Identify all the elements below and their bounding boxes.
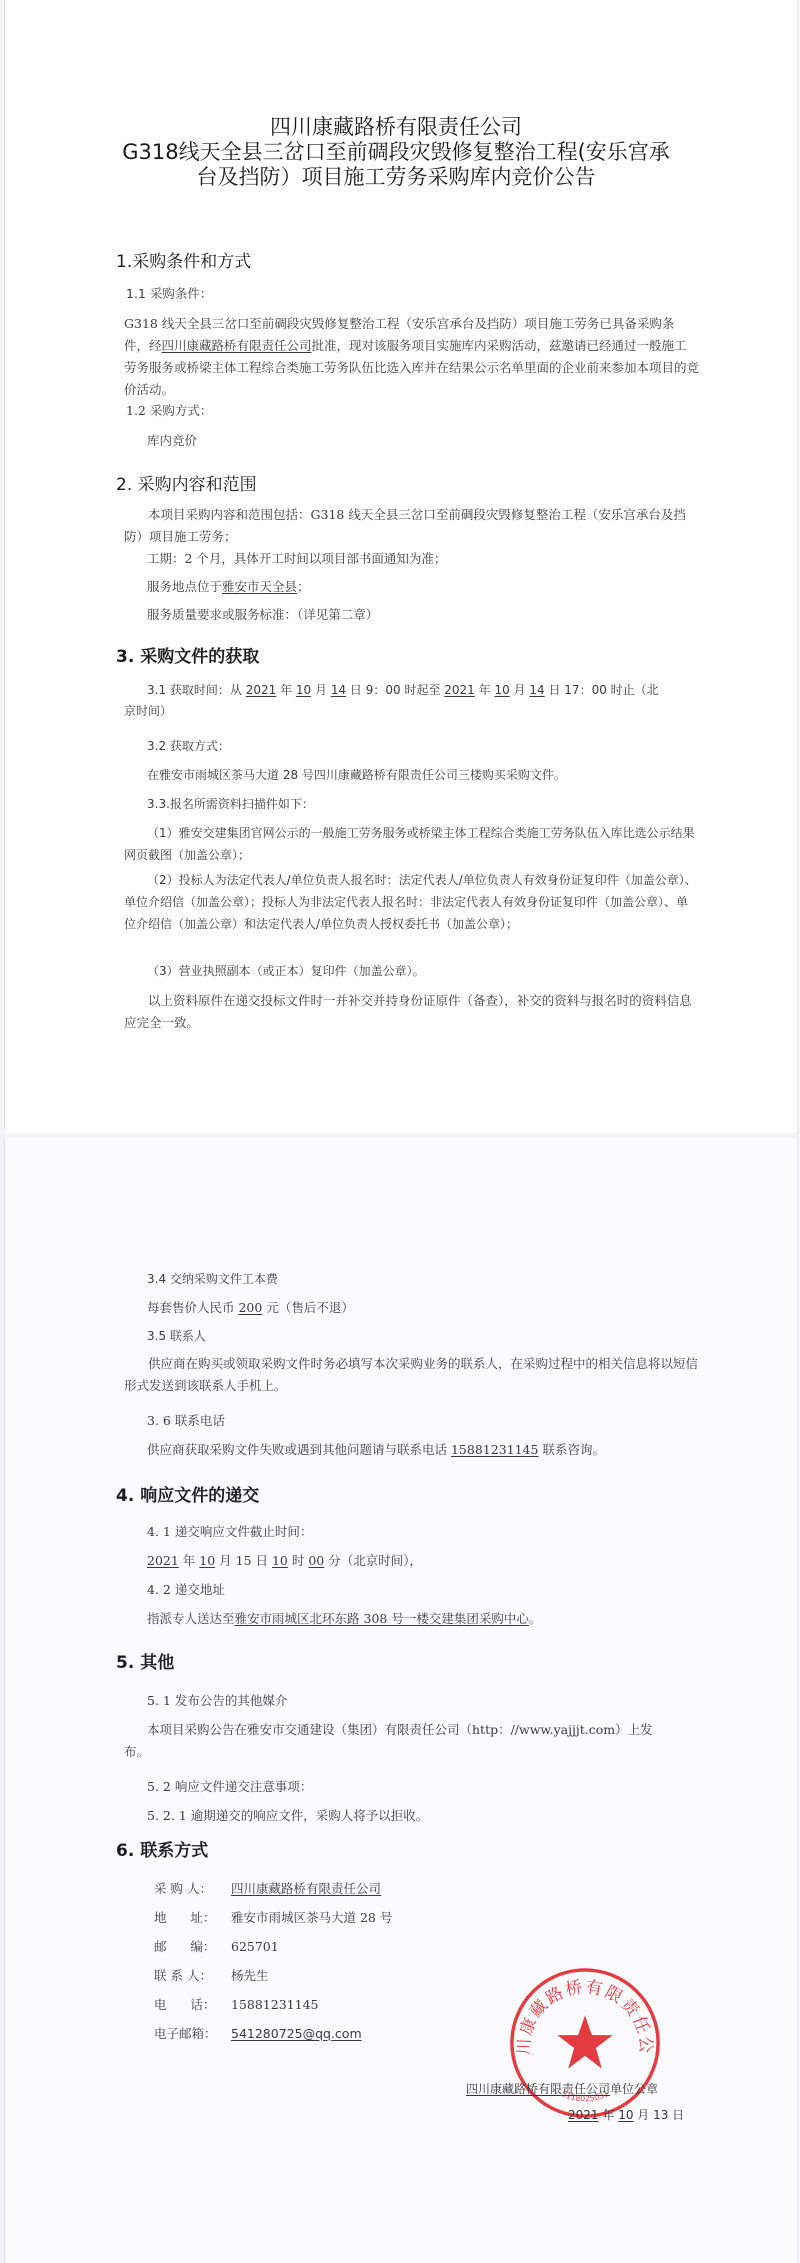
section-1-2-label: 1.2 采购方式：: [126, 400, 212, 422]
contact-purchaser: 采 购 人：四川康藏路桥有限责任公司: [154, 1879, 407, 1897]
section-6-heading: 6. 联系方式: [116, 1836, 208, 1861]
section-4-1-label: 4. 1 递交响应文件截止时间：: [147, 1521, 312, 1543]
section-1-heading: 1.采购条件和方式: [116, 247, 251, 272]
section-3-3-label: 3.3.报名所需资料扫描件如下：: [147, 793, 314, 815]
document-fee: 每套售价人民币 200 元（售后不退）: [147, 1297, 354, 1319]
submission-deadline: 2021 年 10 月 15 日 10 时 00 分（北京时间），: [147, 1550, 422, 1572]
notice-title-line2: 台及挡防）项目施工劳务采购库内竞价公告: [0, 164, 792, 190]
contact-phone-note: 供应商获取采购文件失败或遇到其他问题请与联系电话 15881231145 联系咨…: [147, 1439, 605, 1461]
section-1-1-text: G318 线天全县三岔口至前碉段灾毁修复整治工程（安乐宫承台及挡防）项目施工劳务…: [124, 313, 699, 401]
service-quality: 服务质量要求或服务标准：（详见第二章）: [147, 604, 378, 626]
construction-period: 工期：2 个月，具体开工时间以项目部书面通知为准；: [147, 548, 446, 570]
contact-address: 地 址：雅安市雨城区茶马大道 28 号: [154, 1908, 392, 1926]
submission-address: 指派专人送达至雅安市雨城区北环东路 308 号一楼交建集团采购中心。: [147, 1608, 541, 1630]
section-5-2-label: 5. 2 响应文件递交注意事项：: [147, 1776, 312, 1798]
section-3-6-label: 3. 6 联系电话: [147, 1410, 225, 1432]
contact-person-note: 供应商在购买或领取采购文件时务必填写本次采购业务的联系人，在采购过程中的相关信息…: [124, 1353, 699, 1397]
official-seal-stamp-icon: 四川康藏路桥有限责任公司 5118025031: [506, 1964, 664, 2122]
contact-postcode: 邮 编：625701: [154, 1937, 279, 1955]
publication-media-cont: 布。: [124, 1741, 149, 1763]
contact-person: 联 系 人：杨先生: [154, 1966, 269, 1984]
publication-media: 本项目采购公告在雅安市交通建设（集团）有限责任公司（http：//www.yaj…: [147, 1719, 653, 1741]
requirement-item-3: （3）营业执照副本（或正本）复印件（加盖公章）。: [147, 960, 425, 982]
section-3-5-label: 3.5 联系人: [147, 1325, 206, 1347]
requirement-item-1: （1）雅安交建集团官网公示的一般施工劳务服务或桥梁主体工程综合类施工劳务队伍入库…: [124, 822, 699, 866]
notice-title-line1: G318线天全县三岔口至前碉段灾毁修复整治工程(安乐宫承: [0, 139, 792, 165]
acquisition-method: 在雅安市雨城区茶马大道 28 号四川康藏路桥有限责任公司三楼购买采购文件。: [147, 764, 566, 786]
section-4-heading: 4. 响应文件的递交: [116, 1481, 259, 1506]
purchaser-company-link: 四川康藏路桥有限责任公司: [162, 338, 312, 353]
section-5-heading: 5. 其他: [116, 1648, 174, 1673]
procurement-method: 库内竞价: [147, 430, 197, 452]
signature-company: 四川康藏路桥有限责任公司单位公章: [466, 2080, 658, 2097]
section-2-heading: 2. 采购内容和范围: [116, 470, 257, 495]
section-4-2-label: 4. 2 递交地址: [147, 1579, 225, 1601]
acquisition-time: 3.1 获取时间：从 2021 年 10 月 14 日 9：00 时起至 202…: [147, 679, 659, 701]
materials-note: 以上资料原件在递交投标文件时一并补交并持身份证原件（备查），补交的资料与报名时的…: [124, 990, 699, 1034]
section-5-1-label: 5. 1 发布公告的其他媒介: [147, 1690, 287, 1712]
signature-date: 2021 年 10 月 13 日: [568, 2106, 684, 2123]
email-link[interactable]: 541280725@qq.com: [231, 2026, 362, 2041]
requirement-item-2: （2）投标人为法定代表人/单位负责人报名时：法定代表人/单位负责人有效身份证复印…: [124, 869, 699, 935]
section-1-1-label: 1.1 采购条件：: [126, 283, 212, 305]
section-3-heading: 3. 采购文件的获取: [116, 642, 259, 667]
section-2-intro: 本项目采购内容和范围包括：G318 线天全县三岔口至前碉段灾毁修复整治工程（安乐…: [124, 504, 699, 548]
service-location: 服务地点位于雅安市天全县；: [147, 576, 310, 598]
acquisition-time-cont: 京时间）: [124, 700, 172, 722]
section-3-2-label: 3.2 获取方式：: [147, 735, 230, 757]
company-title: 四川康藏路桥有限责任公司: [0, 114, 792, 140]
section-3-4-label: 3.4 交纳采购文件工本费: [147, 1268, 278, 1290]
document-page-2: [4, 1138, 798, 2263]
contact-email: 电子邮箱：541280725@qq.com: [154, 2024, 362, 2042]
late-submission-rule: 5. 2. 1 逾期递交的响应文件，采购人将予以拒收。: [147, 1805, 428, 1827]
contact-phone: 电 话：15881231145: [154, 1995, 318, 2013]
